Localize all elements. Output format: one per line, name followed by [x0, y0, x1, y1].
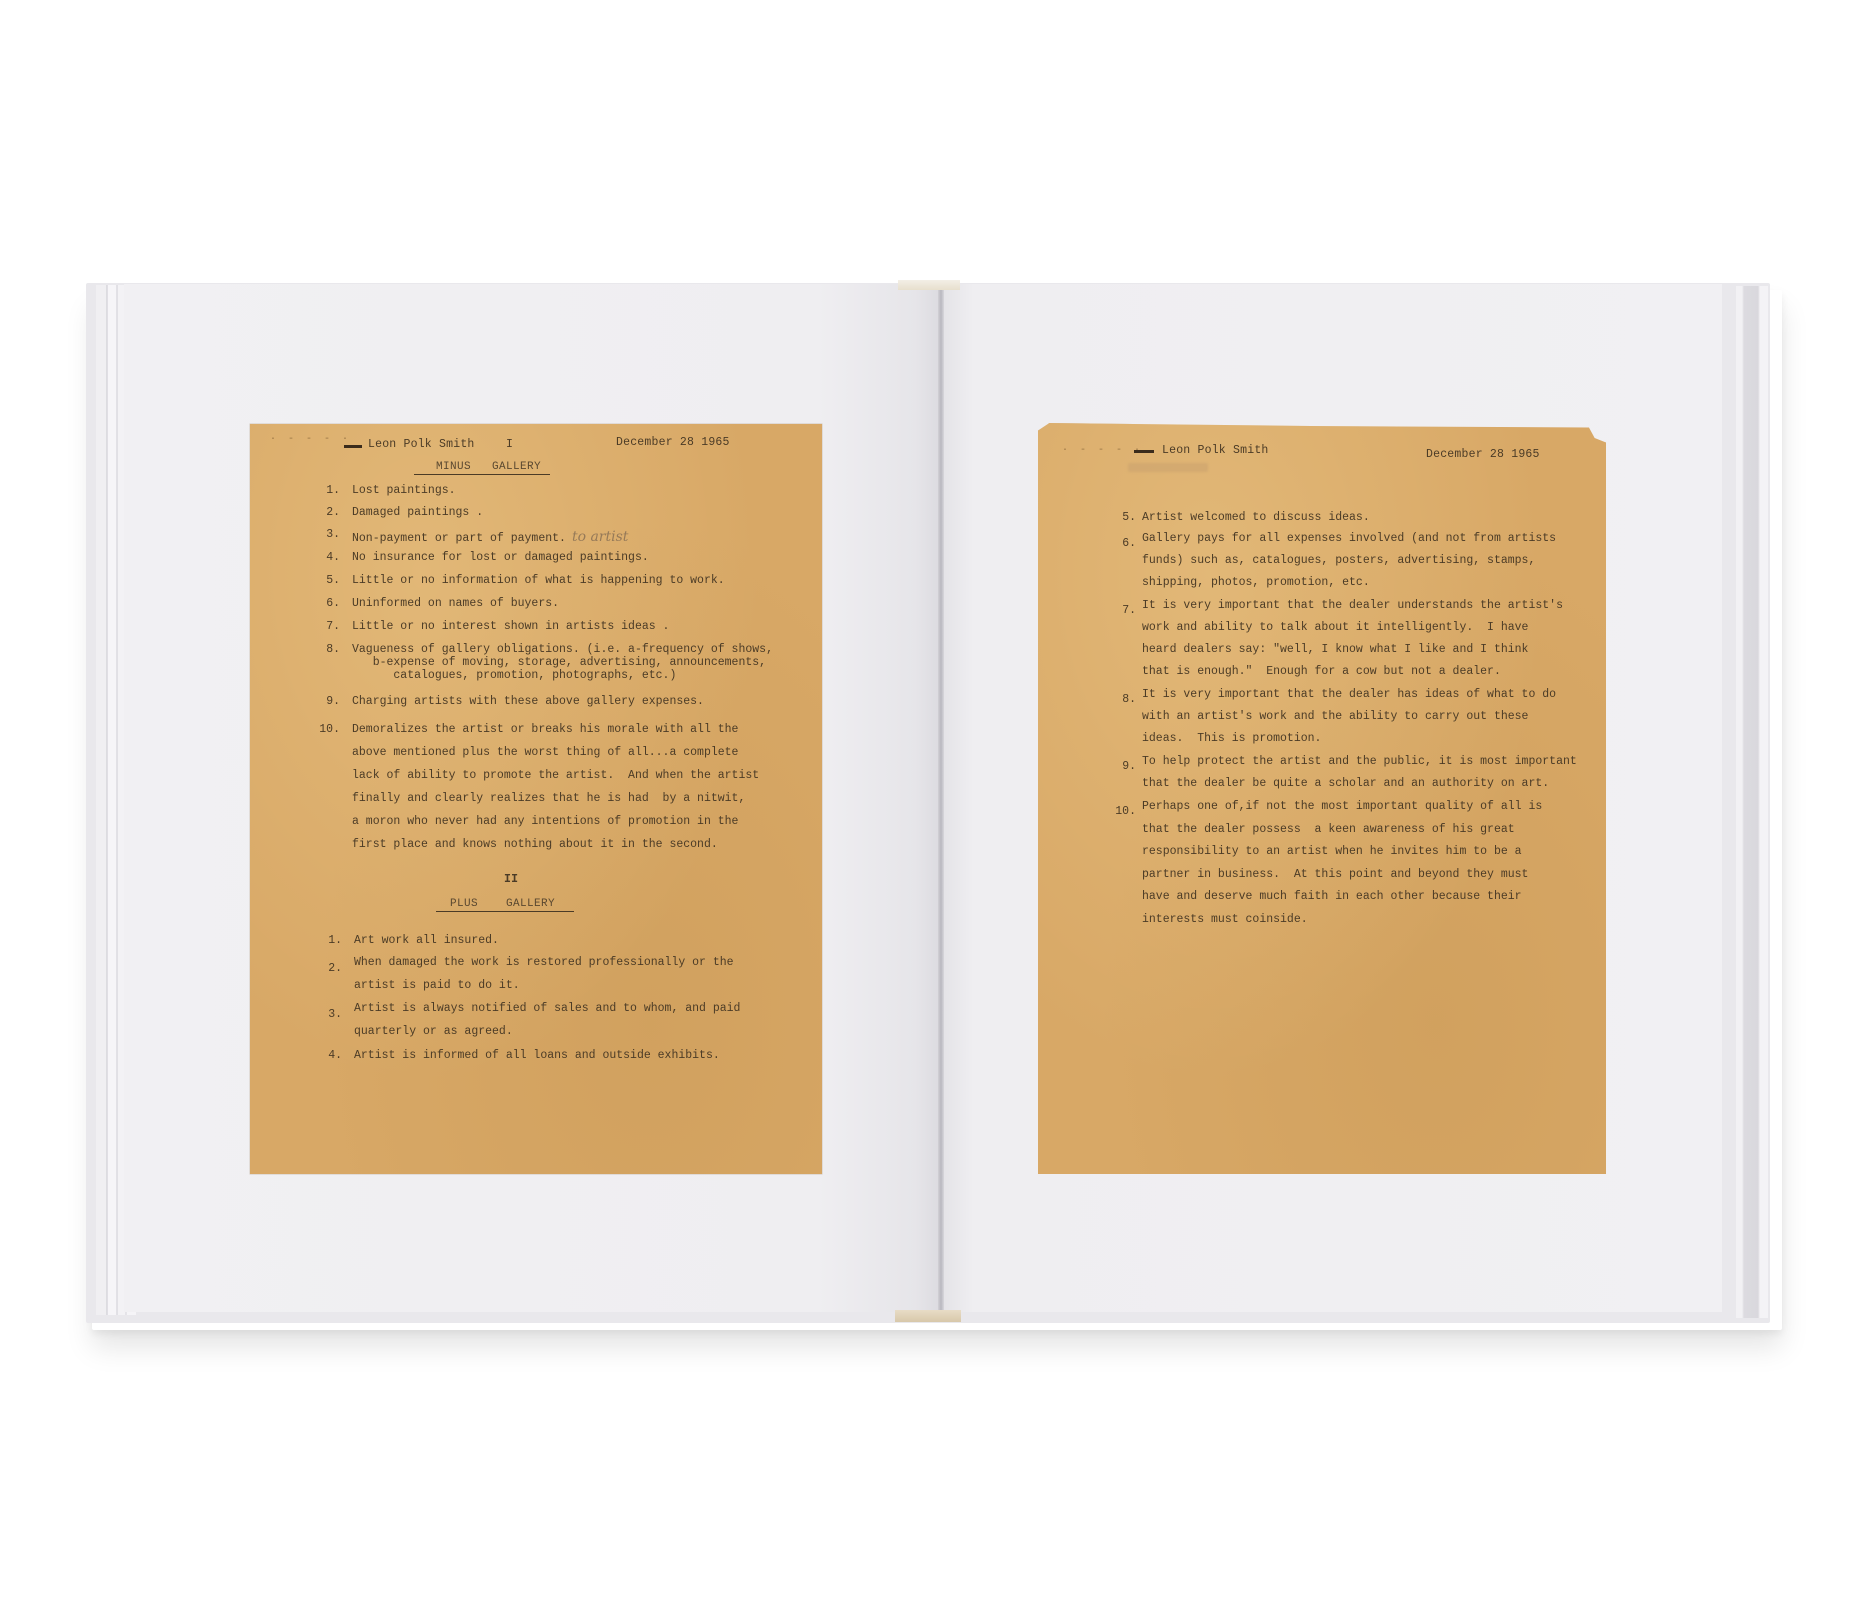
- list-item: 9. To help protect the artist and the pu…: [1108, 751, 1577, 795]
- list-item: 6. Uninformed on names of buyers.: [312, 597, 559, 610]
- minus-gallery-heading: MINUS GALLERY: [436, 461, 541, 473]
- item-text: that is enough." Enough for a cow but no…: [1142, 661, 1563, 683]
- erased-text-smudge: [1128, 463, 1208, 472]
- item-text: a moron who never had any intentions of …: [352, 810, 759, 833]
- list-item: 2. Damaged paintings .: [312, 506, 483, 519]
- list-item: 1. Lost paintings.: [312, 484, 456, 497]
- item-number: 2.: [312, 506, 340, 519]
- item-text: have and deserve much faith in each othe…: [1142, 886, 1542, 909]
- item-text: catalogues, promotion, photographs, etc.…: [352, 669, 773, 682]
- list-item: 4. No insurance for lost or damaged pain…: [312, 551, 649, 564]
- list-item: 10. Perhaps one of,if not the most impor…: [1108, 796, 1542, 931]
- item-text: with an artist's work and the ability to…: [1142, 706, 1556, 728]
- item-number: 9.: [1108, 756, 1136, 778]
- item-number: 10.: [1108, 801, 1136, 824]
- item-text: partner in business. At this point and b…: [1142, 864, 1542, 887]
- item-number: 3.: [314, 1003, 342, 1026]
- item-text: artist is paid to do it.: [354, 974, 734, 997]
- item-number: 10.: [312, 718, 340, 741]
- item-text: Damaged paintings .: [352, 506, 483, 519]
- list-item: 6. Gallery pays for all expenses involve…: [1108, 528, 1556, 594]
- item-text: first place and knows nothing about it i…: [352, 833, 759, 856]
- item-text: It is very important that the dealer und…: [1142, 595, 1563, 617]
- section-numeral: I: [506, 439, 513, 451]
- list-item: 2. When damaged the work is restored pro…: [314, 951, 734, 997]
- item-text: Artist welcomed to discuss ideas.: [1142, 511, 1370, 524]
- item-number: 1.: [314, 934, 342, 947]
- item-text: No insurance for lost or damaged paintin…: [352, 551, 649, 564]
- item-number: 3.: [312, 528, 340, 541]
- list-item: 3. Artist is always notified of sales an…: [314, 997, 740, 1043]
- item-text: finally and clearly realizes that he is …: [352, 787, 759, 810]
- item-number: 8.: [1108, 689, 1136, 711]
- list-item: 5. Artist welcomed to discuss ideas.: [1108, 511, 1370, 524]
- item-number: 5.: [1108, 511, 1136, 524]
- list-item: 8. It is very important that the dealer …: [1108, 684, 1556, 750]
- item-text: When damaged the work is restored profes…: [354, 951, 734, 974]
- item-text: funds) such as, catalogues, posters, adv…: [1142, 550, 1556, 572]
- item-number: 6.: [312, 597, 340, 610]
- author-name: Leon Polk Smith: [368, 439, 475, 451]
- item-text: Vagueness of gallery obligations. (i.e. …: [352, 643, 773, 656]
- item-text: above mentioned plus the worst thing of …: [352, 741, 759, 764]
- list-item: 7. It is very important that the dealer …: [1108, 595, 1563, 683]
- left-typed-sheet: · - - - · Leon Polk Smith I December 28 …: [250, 424, 822, 1174]
- item-text: Lost paintings.: [352, 484, 456, 497]
- list-item: 10. Demoralizes the artist or breaks his…: [312, 718, 759, 856]
- item-text: Artist is always notified of sales and t…: [354, 997, 740, 1020]
- item-text: work and ability to talk about it intell…: [1142, 617, 1563, 639]
- list-item: 1. Art work all insured.: [314, 934, 499, 947]
- item-text: Uninformed on names of buyers.: [352, 597, 559, 610]
- list-item: 9. Charging artists with these above gal…: [312, 695, 704, 708]
- heading-underline: [414, 474, 550, 475]
- item-text: heard dealers say: "well, I know what I …: [1142, 639, 1563, 661]
- item-text: that the dealer be quite a scholar and a…: [1142, 773, 1577, 795]
- item-text: ideas. This is promotion.: [1142, 728, 1556, 750]
- item-text: that the dealer possess a keen awareness…: [1142, 819, 1542, 842]
- document-date: December 28 1965: [1426, 449, 1540, 461]
- list-item: 5. Little or no information of what is h…: [312, 574, 725, 587]
- item-text: Art work all insured.: [354, 934, 499, 947]
- item-text: shipping, photos, promotion, etc.: [1142, 572, 1556, 594]
- struck-dash: [344, 445, 362, 448]
- item-text: To help protect the artist and the publi…: [1142, 751, 1577, 773]
- item-number: 5.: [312, 574, 340, 587]
- item-number: 9.: [312, 695, 340, 708]
- struck-dash: [1134, 450, 1154, 453]
- right-typed-sheet: · - - - · Leon Polk Smith December 28 19…: [1038, 423, 1606, 1174]
- book-gutter: [938, 282, 944, 1316]
- item-text: b-expense of moving, storage, advertisin…: [352, 656, 773, 669]
- item-text: Little or no interest shown in artists i…: [352, 620, 669, 633]
- item-number: 7.: [312, 620, 340, 633]
- handwritten-annotation: to artist: [572, 529, 628, 545]
- heading-underline: [436, 911, 574, 912]
- item-text: interests must coinside.: [1142, 909, 1542, 932]
- item-text: Gallery pays for all expenses involved (…: [1142, 528, 1556, 550]
- item-text: Artist is informed of all loans and outs…: [354, 1049, 720, 1062]
- item-number: 4.: [314, 1049, 342, 1062]
- item-number: 7.: [1108, 600, 1136, 622]
- item-text: Charging artists with these above galler…: [352, 695, 704, 708]
- item-text: lack of ability to promote the artist. A…: [352, 764, 759, 787]
- item-text: It is very important that the dealer has…: [1142, 684, 1556, 706]
- item-text: Demoralizes the artist or breaks his mor…: [352, 718, 759, 741]
- item-number: 1.: [312, 484, 340, 497]
- document-date: December 28 1965: [616, 437, 730, 449]
- staple-holes: · - - - ·: [1062, 445, 1143, 456]
- item-text: Non-payment or part of payment.: [352, 532, 566, 545]
- item-text: quarterly or as agreed.: [354, 1020, 740, 1043]
- author-name: Leon Polk Smith: [1162, 445, 1269, 457]
- list-item: 3. Non-payment or part of payment.to art…: [312, 528, 628, 546]
- list-item: 4. Artist is informed of all loans and o…: [314, 1049, 720, 1062]
- staple-holes: · - - - ·: [270, 434, 351, 445]
- item-number: 6.: [1108, 533, 1136, 555]
- list-item: 7. Little or no interest shown in artist…: [312, 620, 669, 633]
- cover-right-edge: [1736, 286, 1768, 1318]
- item-text: Perhaps one of,if not the most important…: [1142, 796, 1542, 819]
- item-number: 8.: [312, 643, 340, 656]
- item-text: Little or no information of what is happ…: [352, 574, 725, 587]
- list-item: 8. Vagueness of gallery obligations. (i.…: [312, 643, 773, 682]
- spine-top: [898, 280, 960, 290]
- item-number: 4.: [312, 551, 340, 564]
- section-numeral-two: II: [504, 874, 518, 886]
- spine-bottom: [895, 1310, 961, 1322]
- item-text: responsibility to an artist when he invi…: [1142, 841, 1542, 864]
- plus-gallery-heading: PLUS GALLERY: [450, 898, 555, 910]
- item-number: 2.: [314, 957, 342, 980]
